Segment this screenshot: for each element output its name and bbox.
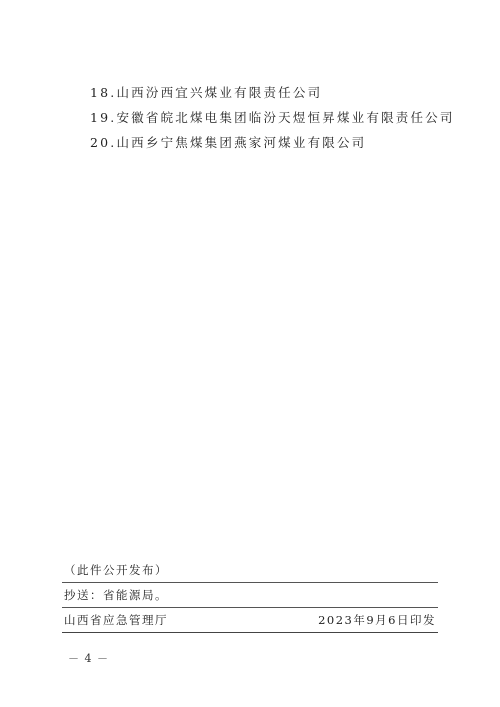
cc-recipients: 抄送：省能源局。 bbox=[64, 583, 168, 607]
publish-note: （此件公开发布） bbox=[64, 558, 168, 582]
cc-row: 抄送：省能源局。 bbox=[62, 583, 438, 607]
publish-note-row: （此件公开发布） bbox=[62, 558, 438, 582]
issuer-row: 山西省应急管理厅 2023年9月6日印发 bbox=[62, 608, 438, 632]
document-footer: （此件公开发布） 抄送：省能源局。 山西省应急管理厅 2023年9月6日印发 bbox=[62, 558, 438, 633]
item-text: 山西汾西宜兴煤业有限责任公司 bbox=[116, 85, 322, 100]
issue-date: 2023年9月6日印发 bbox=[318, 608, 436, 632]
page-number: － 4 － bbox=[68, 650, 109, 666]
list-item: 20.山西乡宁焦煤集团燕家河煤业有限公司 bbox=[90, 130, 455, 155]
item-number: 19. bbox=[90, 110, 116, 125]
divider bbox=[62, 632, 438, 633]
list-item: 19.安徽省皖北煤电集团临汾天煜恒昇煤业有限责任公司 bbox=[90, 105, 455, 130]
company-list: 18.山西汾西宜兴煤业有限责任公司 19.安徽省皖北煤电集团临汾天煜恒昇煤业有限… bbox=[90, 80, 455, 155]
item-number: 20. bbox=[90, 135, 116, 150]
list-item: 18.山西汾西宜兴煤业有限责任公司 bbox=[90, 80, 455, 105]
issuer: 山西省应急管理厅 bbox=[64, 608, 168, 632]
item-text: 山西乡宁焦煤集团燕家河煤业有限公司 bbox=[116, 135, 366, 150]
item-number: 18. bbox=[90, 85, 116, 100]
item-text: 安徽省皖北煤电集团临汾天煜恒昇煤业有限责任公司 bbox=[116, 110, 454, 125]
